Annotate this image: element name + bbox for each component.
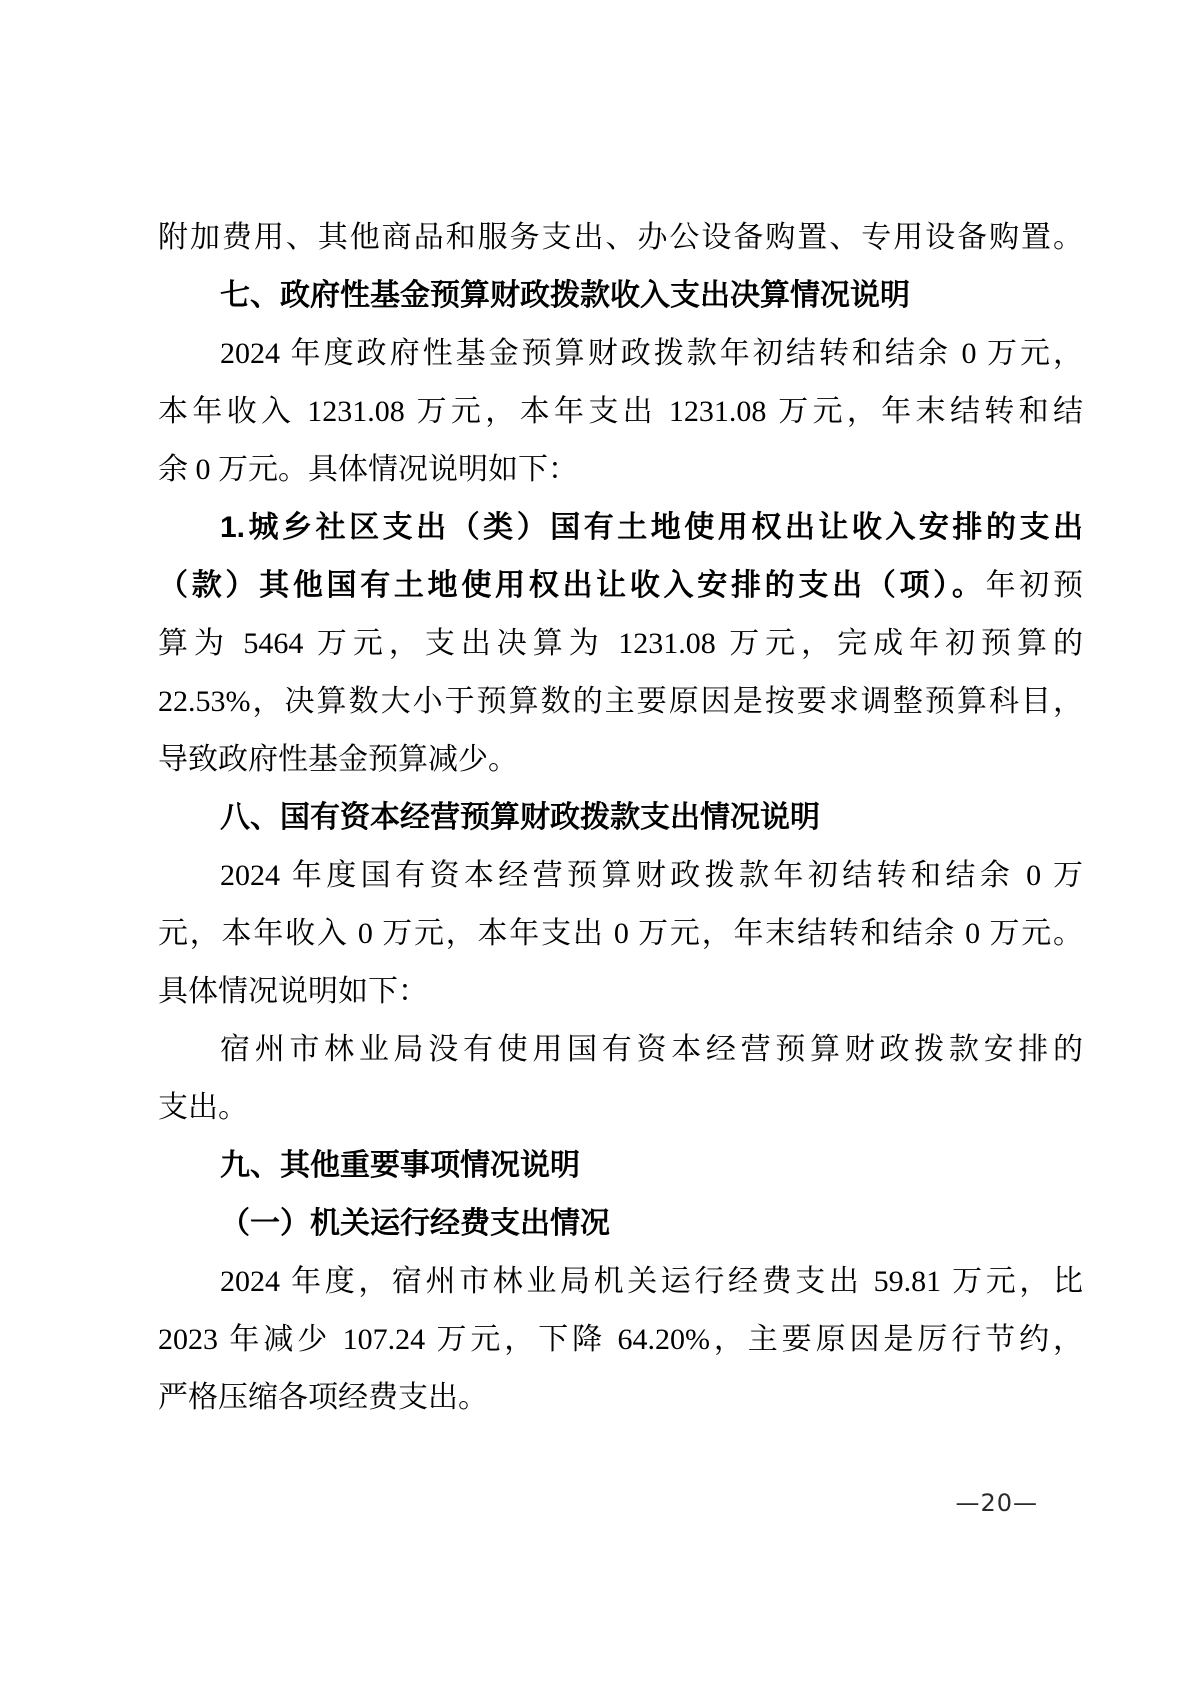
section-9-heading: 九、其他重要事项情况说明 <box>158 1137 1083 1195</box>
section-8-para-1-line-1: 2024 年度国有资本经营预算财政拨款年初结转和结余 0 万 <box>158 847 1083 905</box>
page-number: —20— <box>955 1487 1038 1519</box>
section-9-para-1-line-2: 2023 年减少 107.24 万元，下降 64.20%，主要原因是厉行节约， <box>158 1311 1083 1369</box>
section-8-para-2-line-2: 支出。 <box>158 1079 1083 1137</box>
section-7-para-1-line-1: 2024 年度政府性基金预算财政拨款年初结转和结余 0 万元， <box>158 325 1083 383</box>
section-8-para-1-line-2: 元，本年收入 0 万元，本年支出 0 万元，年末结转和结余 0 万元。 <box>158 905 1083 963</box>
section-7-para-2-line-3: 算为 5464 万元，支出决算为 1231.08 万元，完成年初预算的 <box>158 615 1083 673</box>
section-8-para-1-line-3: 具体情况说明如下： <box>158 963 1083 1021</box>
intro-tail-line: 附加费用、其他商品和服务支出、办公设备购置、专用设备购置。 <box>158 209 1083 267</box>
document-body: 附加费用、其他商品和服务支出、办公设备购置、专用设备购置。 七、政府性基金预算财… <box>158 209 1083 1427</box>
section-7-para-1-line-3: 余 0 万元。具体情况说明如下： <box>158 441 1083 499</box>
section-8-para-2-line-1: 宿州市林业局没有使用国有资本经营预算财政拨款安排的 <box>158 1021 1083 1079</box>
section-7-para-2-line-2: （款）其他国有土地使用权出让收入安排的支出（项）。年初预 <box>158 557 1083 615</box>
section-7-para-2-line-5: 导致政府性基金预算减少。 <box>158 731 1083 789</box>
section-9-subsection-1-heading: （一）机关运行经费支出情况 <box>158 1195 1083 1253</box>
document-page: 附加费用、其他商品和服务支出、办公设备购置、专用设备购置。 七、政府性基金预算财… <box>0 0 1190 1683</box>
section-7-heading: 七、政府性基金预算财政拨款收入支出决算情况说明 <box>158 267 1083 325</box>
section-7-para-2-line-1: 1.城乡社区支出（类）国有土地使用权出让收入安排的支出 <box>158 499 1083 557</box>
text-run: 年初预 <box>986 569 1083 602</box>
section-7-para-1-line-2: 本年收入 1231.08 万元，本年支出 1231.08 万元，年末结转和结 <box>158 383 1083 441</box>
section-8-heading: 八、国有资本经营预算财政拨款支出情况说明 <box>158 789 1083 847</box>
section-9-para-1-line-1: 2024 年度，宿州市林业局机关运行经费支出 59.81 万元，比 <box>158 1253 1083 1311</box>
section-9-para-1-line-3: 严格压缩各项经费支出。 <box>158 1369 1083 1427</box>
bold-run: （款）其他国有土地使用权出让收入安排的支出（项）。 <box>158 569 986 602</box>
section-7-para-2-line-4: 22.53%，决算数大小于预算数的主要原因是按要求调整预算科目， <box>158 673 1083 731</box>
